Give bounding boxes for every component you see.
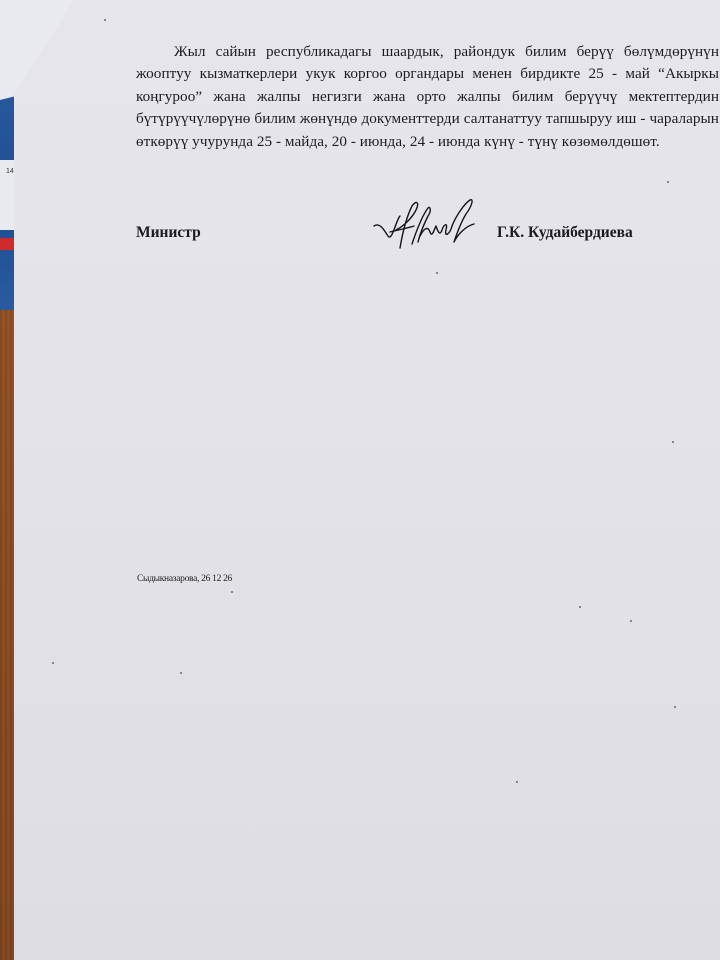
- signature-icon: [370, 196, 480, 258]
- paper-speck: [436, 272, 438, 274]
- document-body: Жыл сайын республикадагы шаардык, районд…: [136, 41, 719, 153]
- paper-speck: [672, 441, 674, 443]
- body-paragraph: Жыл сайын республикадагы шаардык, районд…: [136, 41, 719, 153]
- paper-speck: [667, 181, 669, 183]
- paper-speck: [180, 672, 182, 674]
- signatory-title: Министр: [136, 224, 201, 242]
- paper-speck: [674, 706, 676, 708]
- executor-line: Сыдыкназарова, 26 12 26: [137, 574, 232, 584]
- paper-speck: [231, 591, 233, 593]
- paper-speck: [104, 19, 106, 21]
- paper-speck: [52, 662, 54, 664]
- paper-speck: [579, 606, 581, 608]
- paper-speck: [630, 620, 632, 622]
- signatory-name: Г.К. Кудайбердиева: [497, 224, 633, 242]
- paper-speck: [516, 781, 518, 783]
- folder-label: 14: [6, 168, 14, 175]
